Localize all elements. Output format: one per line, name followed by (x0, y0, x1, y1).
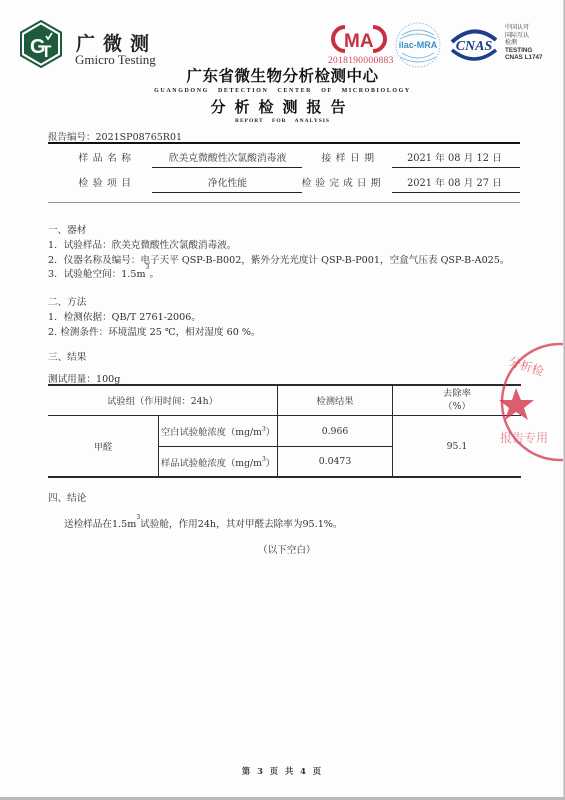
complete-date-value: 2021 年 08 月 27 日 (392, 175, 517, 189)
equipment-heading: 一、器材 (48, 222, 86, 236)
info-bottom-rule (48, 202, 520, 203)
test-item-value: 净化性能 (150, 175, 305, 189)
sample-name-underline (152, 167, 302, 168)
complete-date-underline (392, 192, 520, 193)
org-title-cn: 广东省微生物分析检测中心 (0, 64, 564, 86)
cma-logo-icon: MA (331, 24, 387, 54)
svg-text:CNAS: CNAS (456, 39, 493, 54)
test-item-underline (152, 192, 302, 193)
sample-chamber-label: 样品试验舱浓度（mg/m3） (159, 447, 277, 476)
org-title-en: GUANGDONG DETECTION CENTER OF MICROBIOLO… (0, 88, 564, 94)
equipment-item-2: 2．仪器名称及编号：电子天平 QSP-B-B002，紫外分光光度计 QSP-B-… (48, 252, 509, 266)
method-item-2: 2. 检测条件：环境温度 25 ℃，相对湿度 60 %。 (48, 324, 261, 338)
svg-text:T: T (41, 42, 52, 61)
receive-date-value: 2021 年 08 月 12 日 (392, 150, 517, 164)
report-page: G T 广微测 Gmicro Testing MA 2018190000883 … (0, 0, 564, 797)
cnas-logo-icon: CNAS (446, 28, 502, 62)
test-item-label: 检验项目 (62, 175, 152, 189)
svg-text:MA: MA (344, 31, 374, 52)
method-item-1: 1．检测依据：QB/T 2761-2006。 (48, 309, 201, 323)
report-title-en: REPORT FOR ANALYSIS (0, 118, 564, 124)
report-number: 报告编号：2021SP08765R01 (48, 129, 182, 143)
equipment-item-3: 3．试验舱空间：1.5m3。 (48, 266, 159, 280)
info-top-rule (48, 142, 520, 144)
official-seal-icon: 分析检 报告专用 (498, 338, 564, 468)
page-indicator: 第 3 页 共 4 页 (0, 765, 564, 777)
blank-chamber-value: 0.966 (278, 416, 392, 446)
header-test-group: 试验组（作用时间：24h） (48, 385, 277, 415)
conclusion-heading: 四、结论 (48, 490, 86, 504)
receive-date-label: 接样日期 (305, 150, 395, 164)
complete-date-label: 检验完成日期 (293, 175, 393, 189)
blank-below-note: （以下空白） (258, 542, 316, 556)
conclusion-text: 送检样品在1.5m3试验舱，作用24h，其对甲醛去除率为95.1%。 (64, 516, 343, 530)
substance-formaldehyde: 甲醛 (48, 416, 158, 476)
sample-name-value: 欣美克微酸性次氯酸消毒液 (150, 150, 305, 164)
method-heading: 二、方法 (48, 294, 86, 308)
sample-name-label: 样品名称 (62, 150, 152, 164)
svg-text:ilac-MRA: ilac-MRA (399, 40, 438, 50)
svg-text:分析检: 分析检 (507, 353, 546, 378)
report-title-cn: 分析检测报告 (0, 96, 564, 117)
cnas-side-text: 中国认可 国际互认 检测 TESTING CNAS L1747 (505, 24, 542, 62)
sample-chamber-value: 0.0473 (278, 447, 392, 476)
svg-text:报告专用: 报告专用 (500, 430, 548, 445)
equipment-item-1: 1．试验样品：欣美克微酸性次氯酸消毒液。 (48, 237, 236, 251)
result-heading: 三、结果 (48, 349, 86, 363)
gmicro-logo-icon: G T (20, 20, 62, 68)
header-result: 检测结果 (278, 385, 392, 415)
blank-chamber-label: 空白试验舱浓度（mg/m3） (159, 416, 277, 446)
receive-date-underline (392, 167, 520, 168)
ilac-mra-logo-icon: ilac-MRA (392, 21, 444, 69)
test-amount: 测试用量：100g (48, 371, 120, 385)
